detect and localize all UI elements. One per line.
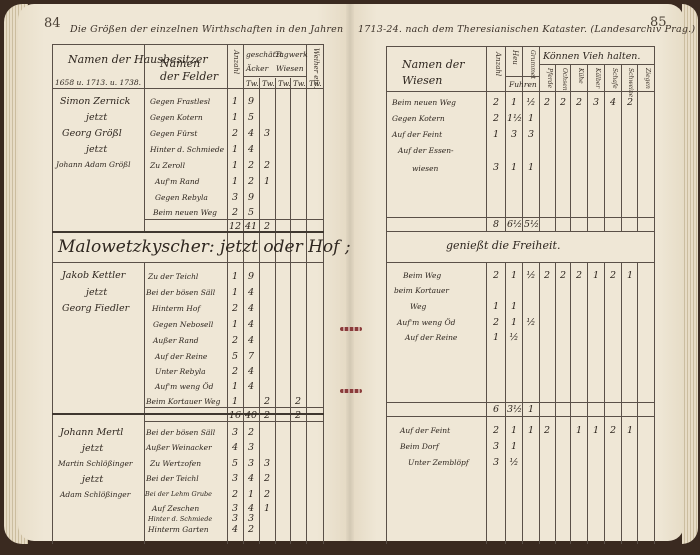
owner-name: Georg Größl bbox=[62, 128, 122, 139]
count-cell: 2 bbox=[489, 317, 503, 328]
field-name: Gegen Nebosell bbox=[153, 320, 213, 329]
count-cell: 1 bbox=[228, 381, 242, 392]
header-fuhren: Fuhren bbox=[509, 80, 537, 89]
header-unit: Tw. bbox=[246, 79, 259, 88]
count-cell: 2 bbox=[489, 113, 503, 124]
table-rule bbox=[386, 46, 655, 47]
meadow-name: Beim Dorf bbox=[400, 442, 439, 451]
header-area-top-b: Tagwerk bbox=[275, 50, 308, 59]
page-number-left: 84 bbox=[44, 16, 61, 31]
table-rule bbox=[52, 44, 53, 544]
table-rule bbox=[539, 64, 654, 65]
count-cell: 3 bbox=[489, 457, 503, 468]
livestock-cell: 1 bbox=[589, 270, 603, 281]
table-rule bbox=[621, 64, 622, 231]
area-cell: 2 bbox=[244, 427, 258, 438]
livestock-cell: 3 bbox=[589, 97, 603, 108]
field-name: Bei der bösen Säll bbox=[146, 288, 215, 297]
area-cell: 3 bbox=[260, 458, 274, 469]
meadow-name: Weg bbox=[410, 302, 426, 311]
header-meadows: Namen der Wiesen bbox=[402, 57, 472, 89]
owner-name: Johann Mertl bbox=[60, 427, 123, 438]
book-gutter bbox=[346, 4, 354, 541]
livestock-cell: 2 bbox=[572, 270, 586, 281]
hay-cell: 3 bbox=[507, 129, 521, 140]
total-area-cell: 2 bbox=[291, 410, 305, 421]
header-owners-years: 1658 u. 1713. u. 1738. bbox=[55, 78, 141, 87]
table-rule bbox=[505, 262, 506, 544]
count-cell: 4 bbox=[228, 524, 242, 535]
table-rule bbox=[570, 262, 571, 544]
count-cell: 4 bbox=[228, 442, 242, 453]
field-name: Auf Zeschen bbox=[152, 504, 199, 513]
count-cell: 2 bbox=[228, 303, 242, 314]
area-cell: 9 bbox=[244, 96, 258, 107]
area-cell: 3 bbox=[244, 458, 258, 469]
total-area-cell: 2 bbox=[260, 221, 274, 232]
table-rule bbox=[386, 402, 655, 403]
area-cell: 2 bbox=[260, 473, 274, 484]
total-count-cell: 12 bbox=[228, 221, 242, 232]
count-cell: 2 bbox=[228, 335, 242, 346]
livestock-cell: 4 bbox=[606, 97, 620, 108]
count-cell: 1 bbox=[489, 301, 503, 312]
meadow-name: Auf der Reine bbox=[405, 333, 457, 342]
hay-cell: 1 bbox=[507, 441, 521, 452]
count-cell: 2 bbox=[228, 489, 242, 500]
meadow-name: Gegen Kotern bbox=[392, 114, 445, 123]
owner-name: jetzt bbox=[86, 144, 107, 155]
table-rule bbox=[52, 44, 324, 45]
table-rule bbox=[604, 262, 605, 544]
header-goats: Ziegen bbox=[644, 68, 651, 89]
area-cell: 5 bbox=[244, 112, 258, 123]
field-name: Hinter d. Schmiede bbox=[148, 515, 212, 523]
table-rule bbox=[570, 64, 571, 231]
livestock-cell: 2 bbox=[606, 425, 620, 436]
header-count: Anzahl bbox=[232, 50, 240, 74]
binding-stitch bbox=[340, 327, 362, 331]
section-banner-left: Malowetzkyscher: jetzt oder Hof ; bbox=[58, 237, 351, 257]
field-name: Zu Zeroll bbox=[150, 161, 185, 170]
hay-cell: ½ bbox=[507, 457, 521, 468]
table-rule bbox=[587, 262, 588, 544]
livestock-cell: 2 bbox=[556, 270, 570, 281]
area-cell: 4 bbox=[244, 319, 258, 330]
table-rule bbox=[486, 262, 487, 544]
binding-stitch bbox=[340, 389, 362, 393]
count-cell: 1 bbox=[228, 319, 242, 330]
meadow-name: Auf der Feint bbox=[392, 130, 442, 139]
owner-name: jetzt bbox=[86, 287, 107, 298]
area-cell: 2 bbox=[291, 396, 305, 407]
livestock-cell: 1 bbox=[572, 425, 586, 436]
count-cell: 1 bbox=[228, 144, 242, 155]
count-cell: 1 bbox=[228, 112, 242, 123]
count-cell: 2 bbox=[228, 207, 242, 218]
livestock-cell: 2 bbox=[606, 270, 620, 281]
owner-name: Martin Schlößinger bbox=[58, 459, 133, 468]
header-count: Anzahl bbox=[494, 52, 502, 76]
hay-cell: 1½ bbox=[507, 113, 521, 124]
field-name: Bei der bösen Säll bbox=[146, 428, 215, 437]
table-rule bbox=[52, 88, 324, 89]
table-rule bbox=[505, 46, 506, 231]
area-cell: 2 bbox=[244, 176, 258, 187]
area-cell: 1 bbox=[244, 489, 258, 500]
count-cell: 1 bbox=[228, 396, 242, 407]
table-rule bbox=[386, 262, 655, 263]
field-name: Gegen Rebyla bbox=[155, 193, 208, 202]
owner-name: Simon Zernick bbox=[60, 96, 130, 107]
table-rule bbox=[386, 46, 387, 544]
field-name: Außer Rand bbox=[153, 336, 199, 345]
area-cell: 2 bbox=[260, 396, 274, 407]
field-name: Hinter d. Schmiede bbox=[150, 145, 224, 154]
table-rule bbox=[144, 262, 145, 544]
table-rule bbox=[243, 76, 306, 77]
area-cell: 3 bbox=[244, 513, 258, 524]
table-rule bbox=[522, 46, 523, 231]
page-edges-right bbox=[682, 4, 698, 544]
table-rule bbox=[144, 219, 324, 220]
meadow-name: Auf der Feint bbox=[400, 426, 450, 435]
header-pigs: Schweine bbox=[627, 68, 634, 97]
area-cell: 4 bbox=[244, 473, 258, 484]
hay-cell: ½ bbox=[507, 332, 521, 343]
area-cell: 3 bbox=[260, 128, 274, 139]
table-rule bbox=[144, 407, 324, 408]
header-calves: Kälber bbox=[594, 68, 601, 88]
count-cell: 2 bbox=[228, 128, 242, 139]
page-heading-left: Die Größen der einzelnen Wirthschaften i… bbox=[70, 24, 343, 35]
meadow-name: beim Kortauer bbox=[394, 286, 449, 295]
area-cell: 9 bbox=[244, 192, 258, 203]
count-cell: 3 bbox=[228, 427, 242, 438]
livestock-cell: 2 bbox=[556, 97, 570, 108]
total-count-cell: 6 bbox=[489, 404, 503, 415]
field-name: Gegen Fürst bbox=[150, 129, 197, 138]
area-cell: 5 bbox=[244, 207, 258, 218]
meadow-name: Beim Weg bbox=[403, 271, 441, 280]
count-cell: 2 bbox=[489, 270, 503, 281]
owner-name: Johann Adam Größl bbox=[56, 160, 131, 169]
owner-name: Jakob Kettler bbox=[62, 270, 125, 281]
area-cell: 4 bbox=[244, 128, 258, 139]
field-name: Gegen Frastlesl bbox=[150, 97, 210, 106]
grummet-cell: ½ bbox=[524, 317, 538, 328]
field-name: Bei der Teichl bbox=[146, 474, 199, 483]
table-rule bbox=[522, 262, 523, 544]
count-cell: 2 bbox=[228, 366, 242, 377]
grummet-cell: 1 bbox=[524, 113, 538, 124]
area-cell: 4 bbox=[244, 287, 258, 298]
table-rule bbox=[323, 44, 324, 544]
table-rule bbox=[555, 262, 556, 544]
hay-cell: 1 bbox=[507, 301, 521, 312]
grummet-cell: 3 bbox=[524, 129, 538, 140]
header-livestock-group: Können Vieh halten. bbox=[543, 51, 640, 62]
field-name: Bei der Lehm Grube bbox=[145, 490, 212, 498]
table-rule bbox=[555, 64, 556, 231]
header-area-a: Äcker bbox=[246, 64, 268, 73]
table-rule bbox=[52, 262, 324, 263]
field-name: Zu der Teichl bbox=[148, 272, 198, 281]
count-cell: 1 bbox=[228, 271, 242, 282]
hay-cell: 1 bbox=[507, 162, 521, 173]
field-name: Hinterm Hof bbox=[152, 304, 200, 313]
livestock-cell: 2 bbox=[540, 270, 554, 281]
grummet-cell: ½ bbox=[524, 270, 538, 281]
table-rule bbox=[386, 91, 655, 92]
field-name: Beim neuen Weg bbox=[153, 208, 217, 217]
table-rule bbox=[386, 231, 655, 232]
count-cell: 1 bbox=[489, 332, 503, 343]
area-cell: 9 bbox=[244, 271, 258, 282]
open-ledger-book: 84 Die Größen der einzelnen Wirthschafte… bbox=[0, 0, 700, 548]
hay-cell: 1 bbox=[507, 97, 521, 108]
count-cell: 2 bbox=[489, 97, 503, 108]
area-cell: 3 bbox=[244, 442, 258, 453]
header-grummet: Grummet bbox=[529, 50, 536, 79]
table-rule bbox=[539, 262, 540, 544]
header-oxen: Ochsen bbox=[561, 68, 568, 91]
area-cell: 2 bbox=[260, 160, 274, 171]
table-rule bbox=[386, 416, 655, 417]
livestock-cell: 2 bbox=[623, 97, 637, 108]
page-heading-right: 1713-24. nach dem Theresianischen Katast… bbox=[358, 24, 695, 35]
grummet-cell: ½ bbox=[524, 97, 538, 108]
table-rule bbox=[637, 262, 638, 544]
count-cell: 3 bbox=[228, 192, 242, 203]
table-rule bbox=[637, 64, 638, 231]
meadow-name: Auf'm weng Öd bbox=[397, 318, 455, 327]
section-banner-right: genießt die Freiheit. bbox=[446, 239, 560, 252]
table-rule bbox=[52, 231, 324, 233]
field-name: Zu Wertzofen bbox=[150, 459, 201, 468]
table-rule bbox=[290, 78, 291, 544]
header-hay: Heu bbox=[511, 50, 519, 65]
total-hay-cell: 3½ bbox=[507, 404, 521, 415]
area-cell: 7 bbox=[244, 351, 258, 362]
header-unit: Tw. bbox=[309, 79, 322, 88]
count-cell: 1 bbox=[228, 160, 242, 171]
count-cell: 3 bbox=[489, 162, 503, 173]
table-rule bbox=[275, 78, 276, 544]
livestock-cell: 1 bbox=[623, 270, 637, 281]
header-unit: Tw. bbox=[262, 79, 275, 88]
header-cows: Kühe bbox=[577, 68, 584, 84]
table-rule bbox=[621, 262, 622, 544]
header-area-b: Wiesen bbox=[276, 64, 304, 73]
area-cell: 1 bbox=[260, 503, 274, 514]
total-grummet-cell: 5½ bbox=[524, 219, 538, 230]
header-horses: Pferde bbox=[546, 68, 553, 88]
area-cell: 2 bbox=[260, 489, 274, 500]
field-name: Auf'm weng Öd bbox=[155, 382, 213, 391]
count-cell: 1 bbox=[228, 96, 242, 107]
field-name: Auf'm Rand bbox=[155, 177, 200, 186]
count-cell: 5 bbox=[228, 351, 242, 362]
header-unit: Tw. bbox=[293, 79, 306, 88]
total-area-cell: 40 bbox=[244, 410, 258, 421]
table-rule bbox=[386, 217, 655, 218]
hay-cell: 1 bbox=[507, 317, 521, 328]
total-hay-cell: 6½ bbox=[507, 219, 521, 230]
table-rule bbox=[52, 413, 324, 415]
grummet-cell: 1 bbox=[524, 162, 538, 173]
area-cell: 4 bbox=[244, 144, 258, 155]
total-count-cell: 16 bbox=[228, 410, 242, 421]
table-rule bbox=[604, 64, 605, 231]
field-name: Beim Kortauer Weg bbox=[146, 397, 220, 406]
owner-name: jetzt bbox=[82, 443, 103, 454]
total-grummet-cell: 1 bbox=[524, 404, 538, 415]
table-rule bbox=[654, 46, 655, 544]
area-cell: 4 bbox=[244, 381, 258, 392]
area-cell: 2 bbox=[244, 160, 258, 171]
meadow-name: Beim neuen Weg bbox=[392, 98, 456, 107]
count-cell: 1 bbox=[228, 176, 242, 187]
header-unit: Tw. bbox=[278, 79, 291, 88]
owner-name: Adam Schlößinger bbox=[60, 490, 130, 499]
table-rule bbox=[539, 46, 540, 231]
livestock-cell: 2 bbox=[572, 97, 586, 108]
total-area-cell: 41 bbox=[244, 221, 258, 232]
livestock-cell: 1 bbox=[589, 425, 603, 436]
owner-name: jetzt bbox=[82, 474, 103, 485]
owner-name: jetzt bbox=[86, 112, 107, 123]
field-name: Außer Weinacker bbox=[146, 443, 212, 452]
meadow-name: wiesen bbox=[412, 164, 438, 173]
owner-name: Georg Fiedler bbox=[62, 303, 129, 314]
table-rule bbox=[587, 64, 588, 231]
field-name: Hinterm Garten bbox=[148, 525, 209, 534]
table-rule bbox=[144, 44, 145, 231]
area-cell: 4 bbox=[244, 303, 258, 314]
area-cell: 1 bbox=[260, 176, 274, 187]
count-cell: 2 bbox=[489, 425, 503, 436]
grummet-cell: 1 bbox=[524, 425, 538, 436]
total-area-cell: 2 bbox=[260, 410, 274, 421]
meadow-name: Auf der Essen- bbox=[398, 146, 454, 155]
livestock-cell: 2 bbox=[540, 97, 554, 108]
count-cell: 3 bbox=[228, 473, 242, 484]
hay-cell: 1 bbox=[507, 270, 521, 281]
field-name: Auf der Reine bbox=[155, 352, 207, 361]
count-cell: 3 bbox=[489, 441, 503, 452]
table-rule bbox=[486, 46, 487, 231]
field-name: Gegen Kotern bbox=[150, 113, 203, 122]
table-rule bbox=[144, 421, 324, 422]
header-fields: Namen der Felder bbox=[160, 57, 220, 83]
hay-cell: 1 bbox=[507, 425, 521, 436]
area-cell: 4 bbox=[244, 366, 258, 377]
area-cell: 4 bbox=[244, 335, 258, 346]
count-cell: 1 bbox=[228, 287, 242, 298]
count-cell: 1 bbox=[489, 129, 503, 140]
total-count-cell: 8 bbox=[489, 219, 503, 230]
count-cell: 3 bbox=[228, 513, 242, 524]
table-rule bbox=[306, 44, 307, 544]
meadow-name: Unter Zemblöpf bbox=[408, 458, 469, 467]
count-cell: 5 bbox=[228, 458, 242, 469]
livestock-cell: 2 bbox=[540, 425, 554, 436]
header-sheep: Schafe bbox=[611, 68, 618, 89]
area-cell: 2 bbox=[244, 524, 258, 535]
field-name: Unter Rebyla bbox=[155, 367, 206, 376]
livestock-cell: 1 bbox=[623, 425, 637, 436]
